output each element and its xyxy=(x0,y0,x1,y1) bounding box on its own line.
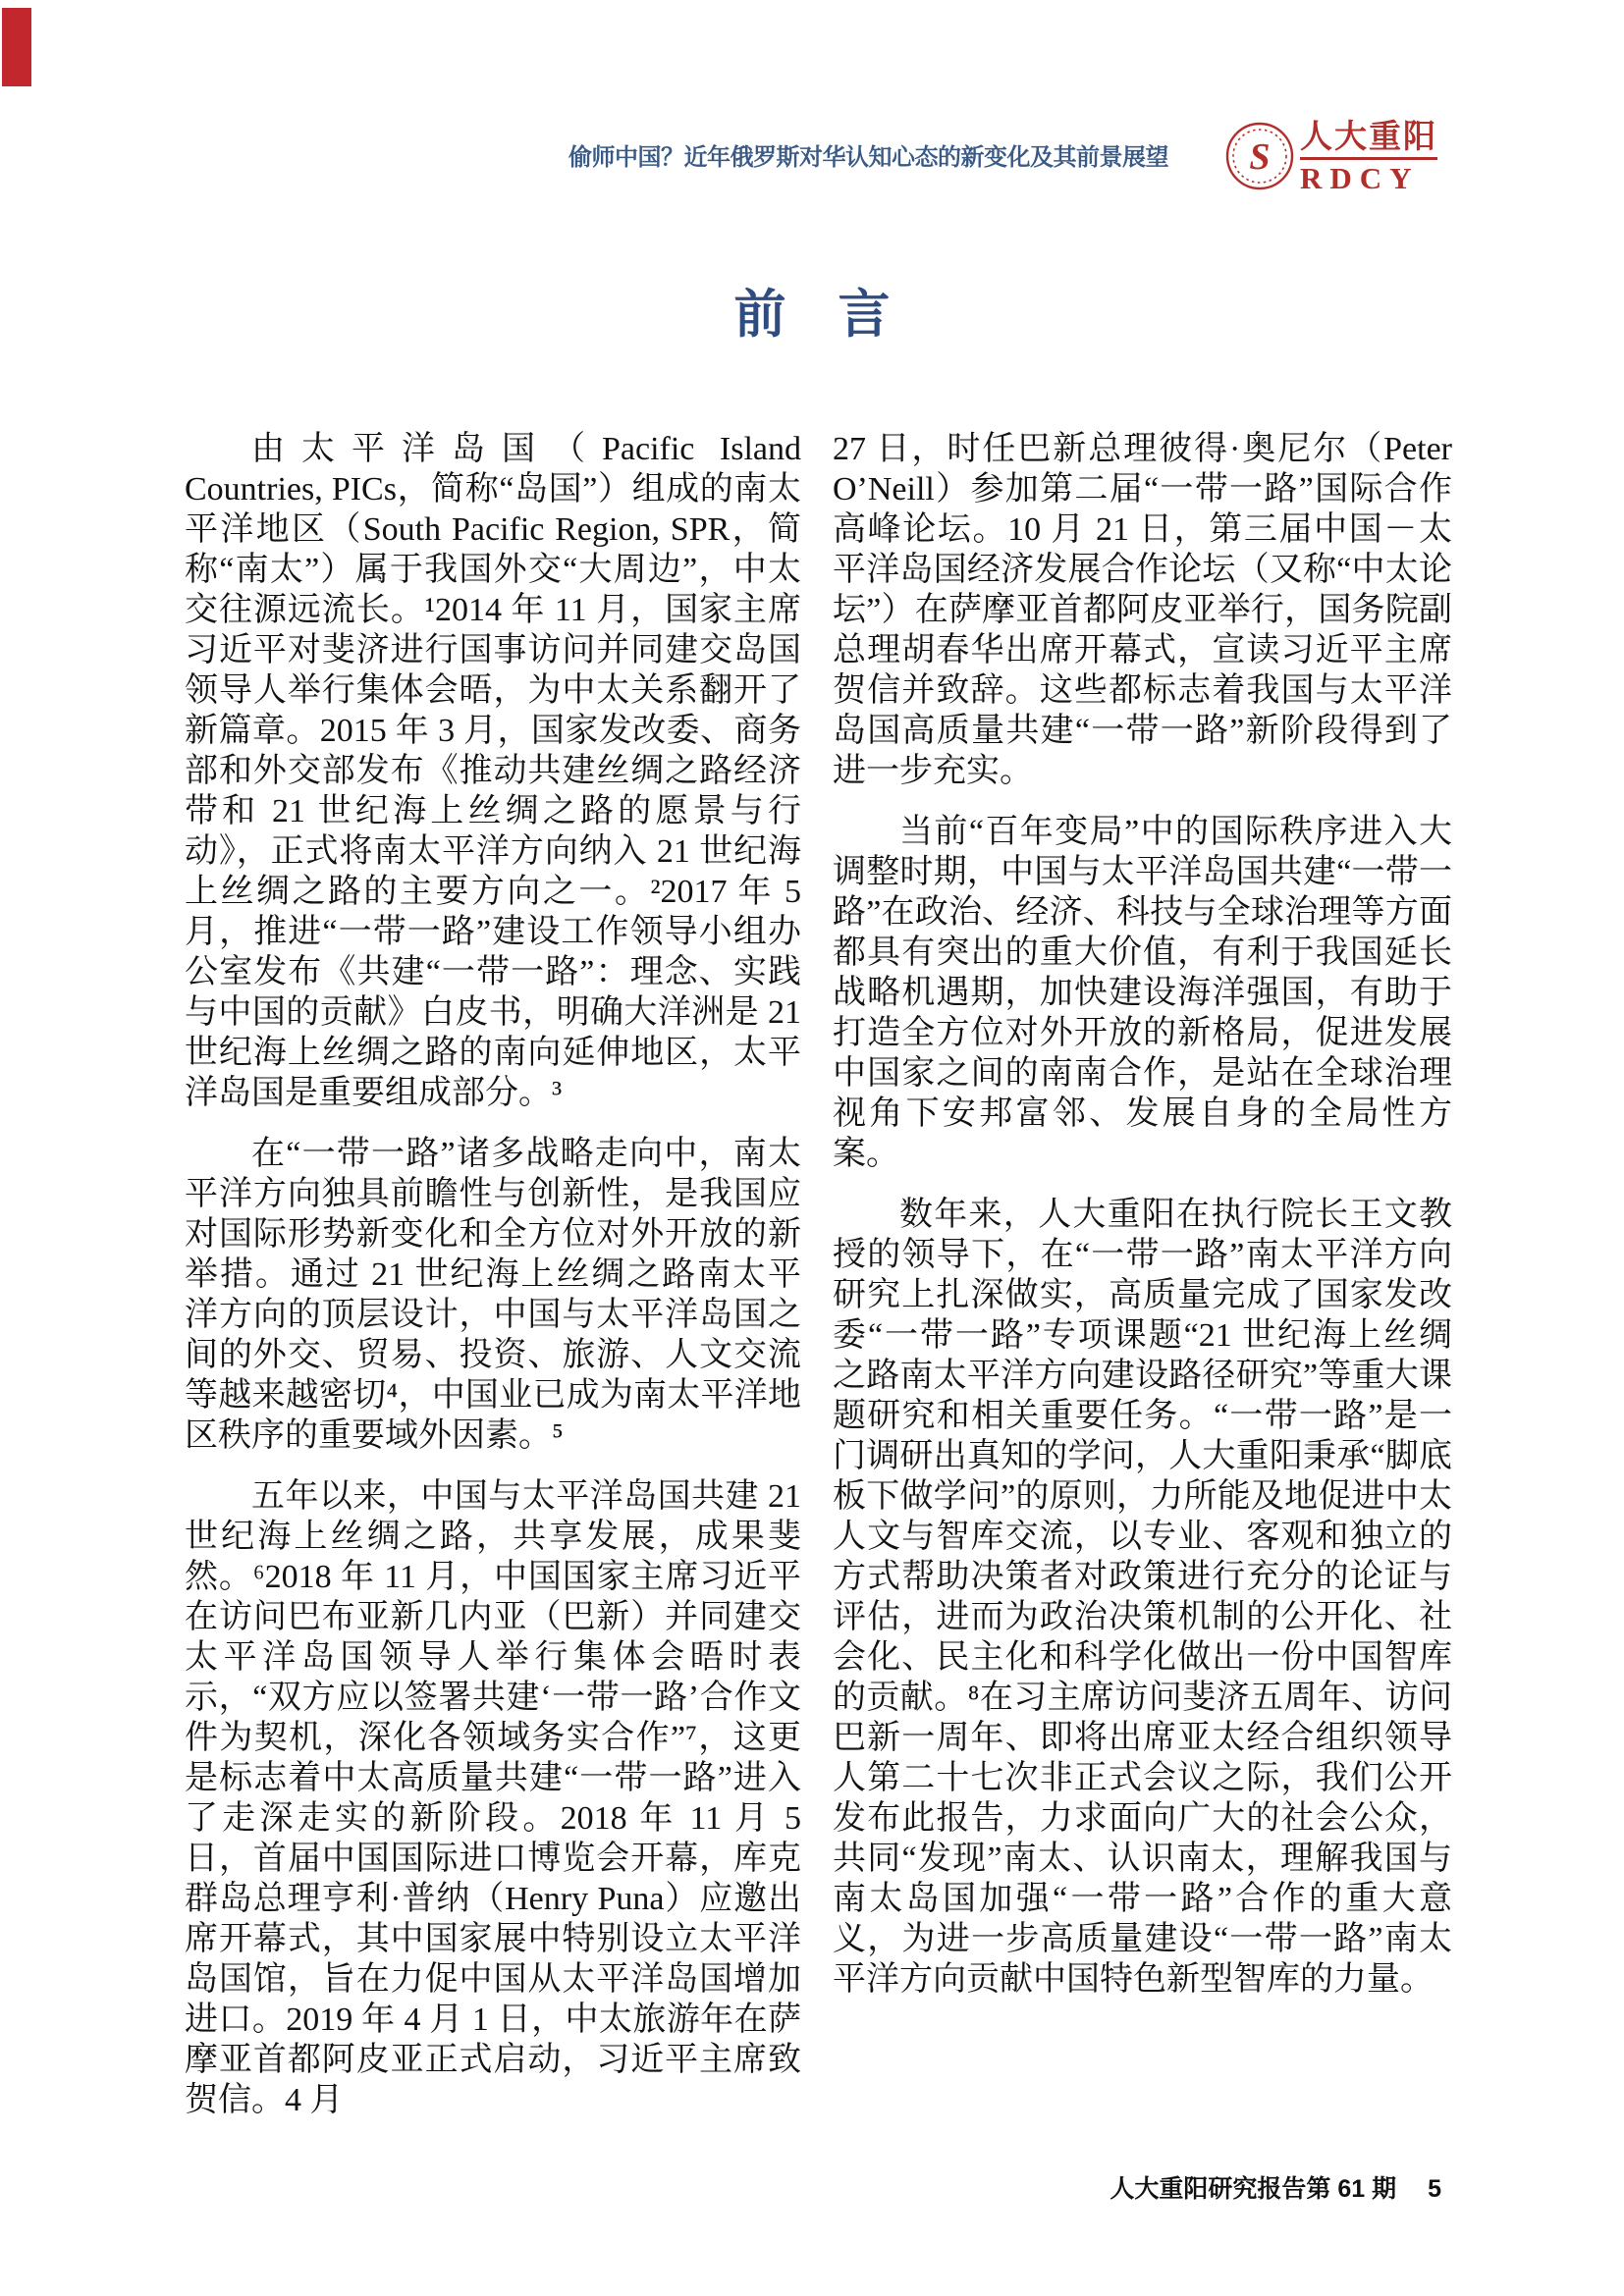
paragraph: 27 日，时任巴新总理彼得·奥尼尔（Peter O’Neill）参加第二届“一带… xyxy=(833,429,1452,791)
paragraph: 当前“百年变局”中的国际秩序进入大调整时期，中国与太平洋岛国共建“一带一路”在政… xyxy=(833,812,1452,1174)
svg-text:S: S xyxy=(1249,136,1270,178)
page-title: 前 言 xyxy=(0,273,1624,347)
logo-chinese-name: 人大重阳 xyxy=(1300,118,1437,155)
logo-divider xyxy=(1300,157,1437,160)
rdcy-logo: S 人大重阳 RDCY xyxy=(1225,118,1443,212)
page-corner-mark xyxy=(2,8,31,86)
running-header-title: 偷师中国？近年俄罗斯对华认知心态的新变化及其前景展望 xyxy=(393,137,1168,172)
report-page: 偷师中国？近年俄罗斯对华认知心态的新变化及其前景展望 S 人大重阳 RDCY 前… xyxy=(0,0,1624,2296)
page-footer: 人大重阳研究报告第 61 期5 xyxy=(833,2169,1441,2205)
paragraph: 数年来，人大重阳在执行院长王文教授的领导下，在“一带一路”南太平洋方向研究上扎深… xyxy=(833,1195,1452,2000)
rdcy-seal-icon: S xyxy=(1225,122,1294,190)
body-column-right: 27 日，时任巴新总理彼得·奥尼尔（Peter O’Neill）参加第二届“一带… xyxy=(833,429,1452,2020)
body-column-left: 由太平洋岛国（Pacific Island Countries, PICs，简称… xyxy=(185,429,801,2141)
footer-report-label: 人大重阳研究报告第 61 期 xyxy=(1110,2175,1396,2203)
paragraph: 由太平洋岛国（Pacific Island Countries, PICs，简称… xyxy=(185,429,801,1113)
footer-page-number: 5 xyxy=(1428,2175,1441,2203)
logo-wordmark: 人大重阳 RDCY xyxy=(1300,118,1437,195)
paragraph: 在“一带一路”诸多战略走向中，南太平洋方向独具前瞻性与创新性，是我国应对国际形势… xyxy=(185,1134,801,1456)
paragraph: 五年以来，中国与太平洋岛国共建 21 世纪海上丝绸之路，共享发展，成果斐然。⁶2… xyxy=(185,1476,801,2120)
logo-latin-name: RDCY xyxy=(1300,162,1437,195)
